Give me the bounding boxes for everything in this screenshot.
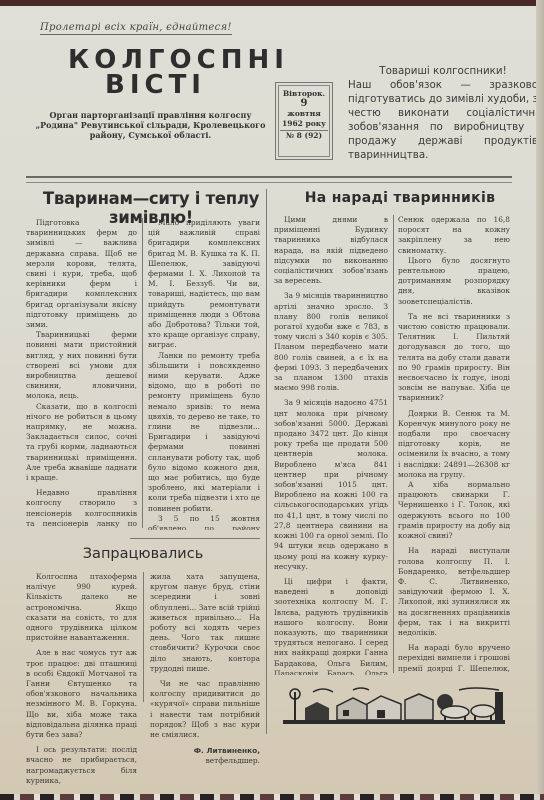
paragraph: Сказати, що в колгоспі нічого не робитьс… [26,402,137,484]
background-fabric [0,794,544,800]
article-2-headline: Запрацювались [26,546,260,562]
paragraph: І ось результати: послід вчасно не приби… [26,745,137,786]
column-rule [142,218,143,528]
paragraph: На нараді виступали голова колгоспу П. І… [398,546,510,638]
article-2-column-1: Колгоспна птахоферма налічує 990 курей. … [26,572,137,786]
publisher-line: Орган парторганізації правління колгоспу… [28,110,273,140]
masthead-rule [26,176,512,183]
paragraph: Цього було досягнуто рентельною працею, … [398,256,510,307]
divider [130,538,260,539]
paragraph: Сенюк одержала по 16,8 поросят на кожну … [398,215,510,256]
paragraph: За 9 місяців надоєно 4751 цнт молока при… [274,398,388,571]
signature-role: ветфельдшер. [150,756,260,766]
paragraph: Доярки В. Сенюк та М. Коренчук минулого … [398,409,510,480]
signature-name: Ф. Литвиненко, [150,746,260,756]
column-rule [393,215,394,673]
paragraph: Ці цифри і факти, наведені в доповіді зо… [274,577,388,675]
article-3-column-1: Цими днями в приміщенні Будинку тваринни… [274,215,388,675]
paragraph: На нараді було вручено перехідні вимпели… [398,643,510,675]
article-1-column-1: Підготовка тваринницьких ферм до зимівлі… [26,218,137,530]
article-3-headline: На нараді тваринників [272,190,528,206]
issue-month: жовтня [276,109,332,119]
newspaper-page: Пролетарі всіх країн, єднайтеся! КОЛГОСП… [0,6,536,794]
slogan: Пролетарі всіх країн, єднайтеся! [40,22,232,35]
section-rule [266,189,267,734]
paragraph: А хіба нормально працюють свинарки Г. Че… [398,480,510,541]
article-1-column-2: Мало приділяють уваги цій важливій справ… [148,218,260,530]
column-rule [143,572,144,702]
paragraph: Недавно правління колгоспу створило з пе… [26,488,137,530]
appeal-text: Наш обов'язок — зразково підготуватись д… [348,78,538,162]
paragraph: Колгоспна птахоферма налічує 990 курей. … [26,572,137,643]
title-line-2: ВІСТІ [68,73,243,98]
farm-scene-icon [283,686,505,731]
issue-year: 1962 року [276,119,332,129]
issue-date-box: Вівторок. 9 жовтня 1962 року № 8 (92) [275,82,333,160]
paragraph: Підготовка тваринницьких ферм до зимівлі… [26,218,137,330]
page-edge [536,0,544,800]
paragraph: жила хата запущена, кругом панує бруд, с… [150,572,260,674]
paragraph: Тваринницькі ферми повинні мати пристойн… [26,330,137,401]
paragraph: Мало приділяють уваги цій важливій справ… [148,218,260,351]
newspaper-title: КОЛГОСПНІ ВІСТІ [68,48,243,98]
paragraph: За 9 місяців тваринництво артілі значно … [274,291,388,393]
paragraph: Цими днями в приміщенні Будинку тваринни… [274,215,388,286]
paragraph: Та не всі тваринники з чистою совістю пр… [398,312,510,404]
appeal-greeting: Товариші колгоспники! [348,64,538,78]
issue-day: 9 [276,99,332,109]
appeal-box: Товариші колгоспники! Наш обов'язок — зр… [348,64,538,162]
signature: Ф. Литвиненко, ветфельдшер. [150,746,260,766]
paragraph: Ланки по ремонту треба збільшити і повся… [148,351,260,514]
paragraph: Чи не час правлінню колгоспу придивитися… [150,679,260,740]
issue-number: № 8 (92) [276,131,332,141]
article-2-column-2: жила хата запущена, кругом панує бруд, с… [150,572,260,766]
paragraph: З 5 по 15 жовтня об'явлено по району дек… [148,514,260,530]
paragraph: Але в нас чомусь тут аж троє працює: дві… [26,648,137,740]
article-3-column-2: Сенюк одержала по 16,8 поросят на кожну … [398,215,510,675]
